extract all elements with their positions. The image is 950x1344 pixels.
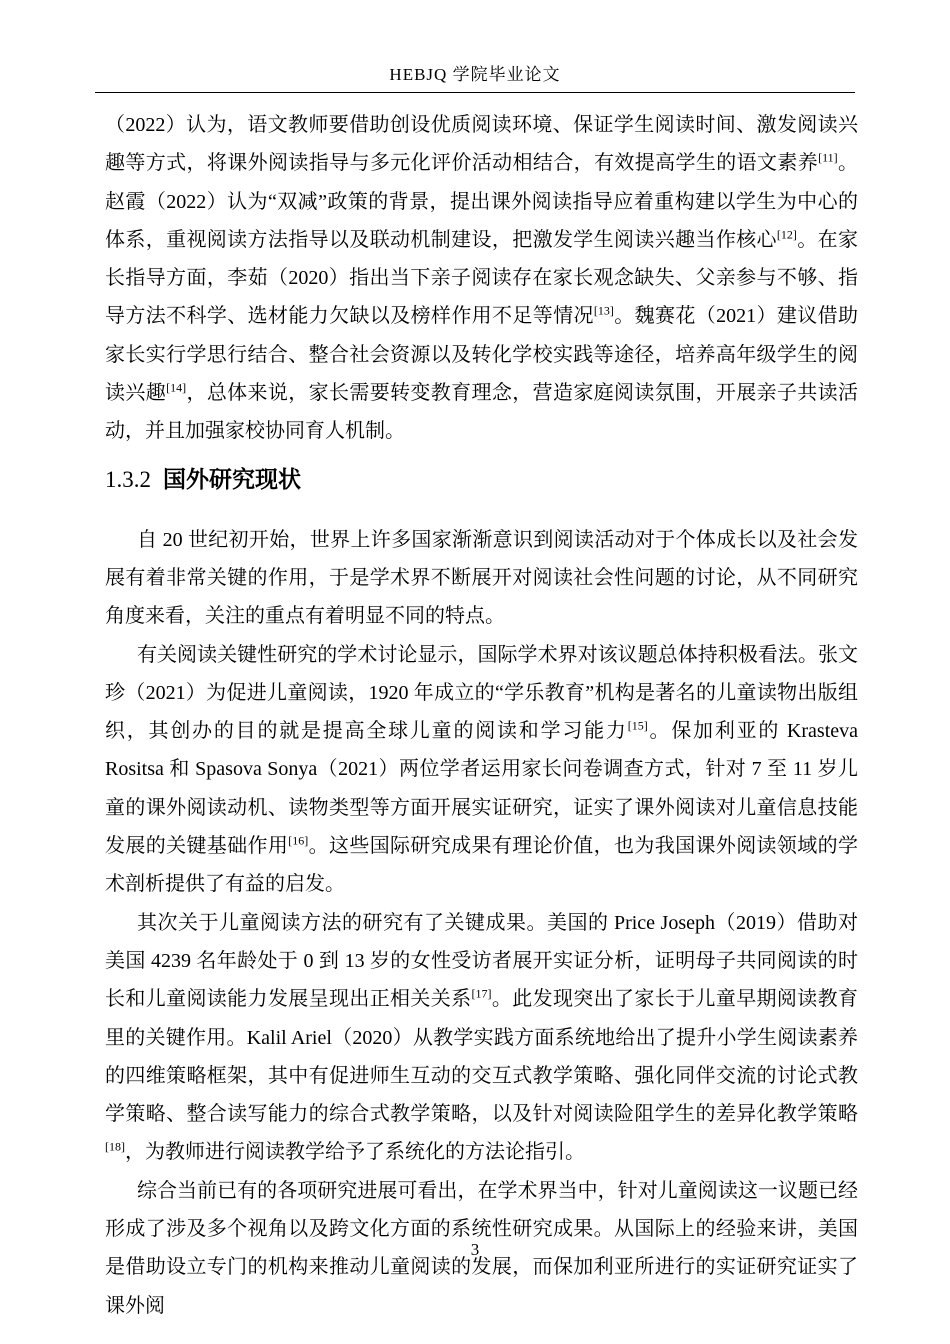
paragraph: 自 20 世纪初开始，世界上许多国家渐渐意识到阅读活动对于个体成长以及社会发展有… bbox=[105, 521, 858, 636]
page-footer: 3 bbox=[0, 1240, 950, 1260]
citation-marker: [13] bbox=[594, 304, 614, 318]
citation-marker: [12] bbox=[777, 227, 797, 241]
document-body: （2022）认为，语文教师要借助创设优质阅读环境、保证学生阅读时间、激发阅读兴趣… bbox=[105, 106, 858, 1325]
citation-marker: [14] bbox=[166, 380, 186, 394]
section-heading: 1.3.2国外研究现状 bbox=[105, 464, 858, 495]
citation-marker: [17] bbox=[472, 987, 492, 1001]
paragraph: 有关阅读关键性研究的学术讨论显示，国际学术界对该议题总体持积极看法。张文珍（20… bbox=[105, 636, 858, 904]
page-header: HEBJQ 学院毕业论文 bbox=[95, 60, 855, 93]
citation-marker: [11] bbox=[818, 151, 838, 165]
citation-marker: [18] bbox=[105, 1140, 125, 1154]
header-title: HEBJQ 学院毕业论文 bbox=[389, 65, 560, 84]
section-number: 1.3.2 bbox=[105, 467, 151, 492]
paragraph: （2022）认为，语文教师要借助创设优质阅读环境、保证学生阅读时间、激发阅读兴趣… bbox=[105, 106, 858, 451]
section-title: 国外研究现状 bbox=[163, 466, 301, 492]
citation-marker: [16] bbox=[288, 833, 308, 847]
thesis-page: HEBJQ 学院毕业论文 （2022）认为，语文教师要借助创设优质阅读环境、保证… bbox=[0, 0, 950, 1344]
citation-marker: [15] bbox=[628, 719, 648, 733]
paragraph: 其次关于儿童阅读方法的研究有了关键成果。美国的 Price Joseph（201… bbox=[105, 904, 858, 1172]
page-number: 3 bbox=[471, 1240, 480, 1259]
